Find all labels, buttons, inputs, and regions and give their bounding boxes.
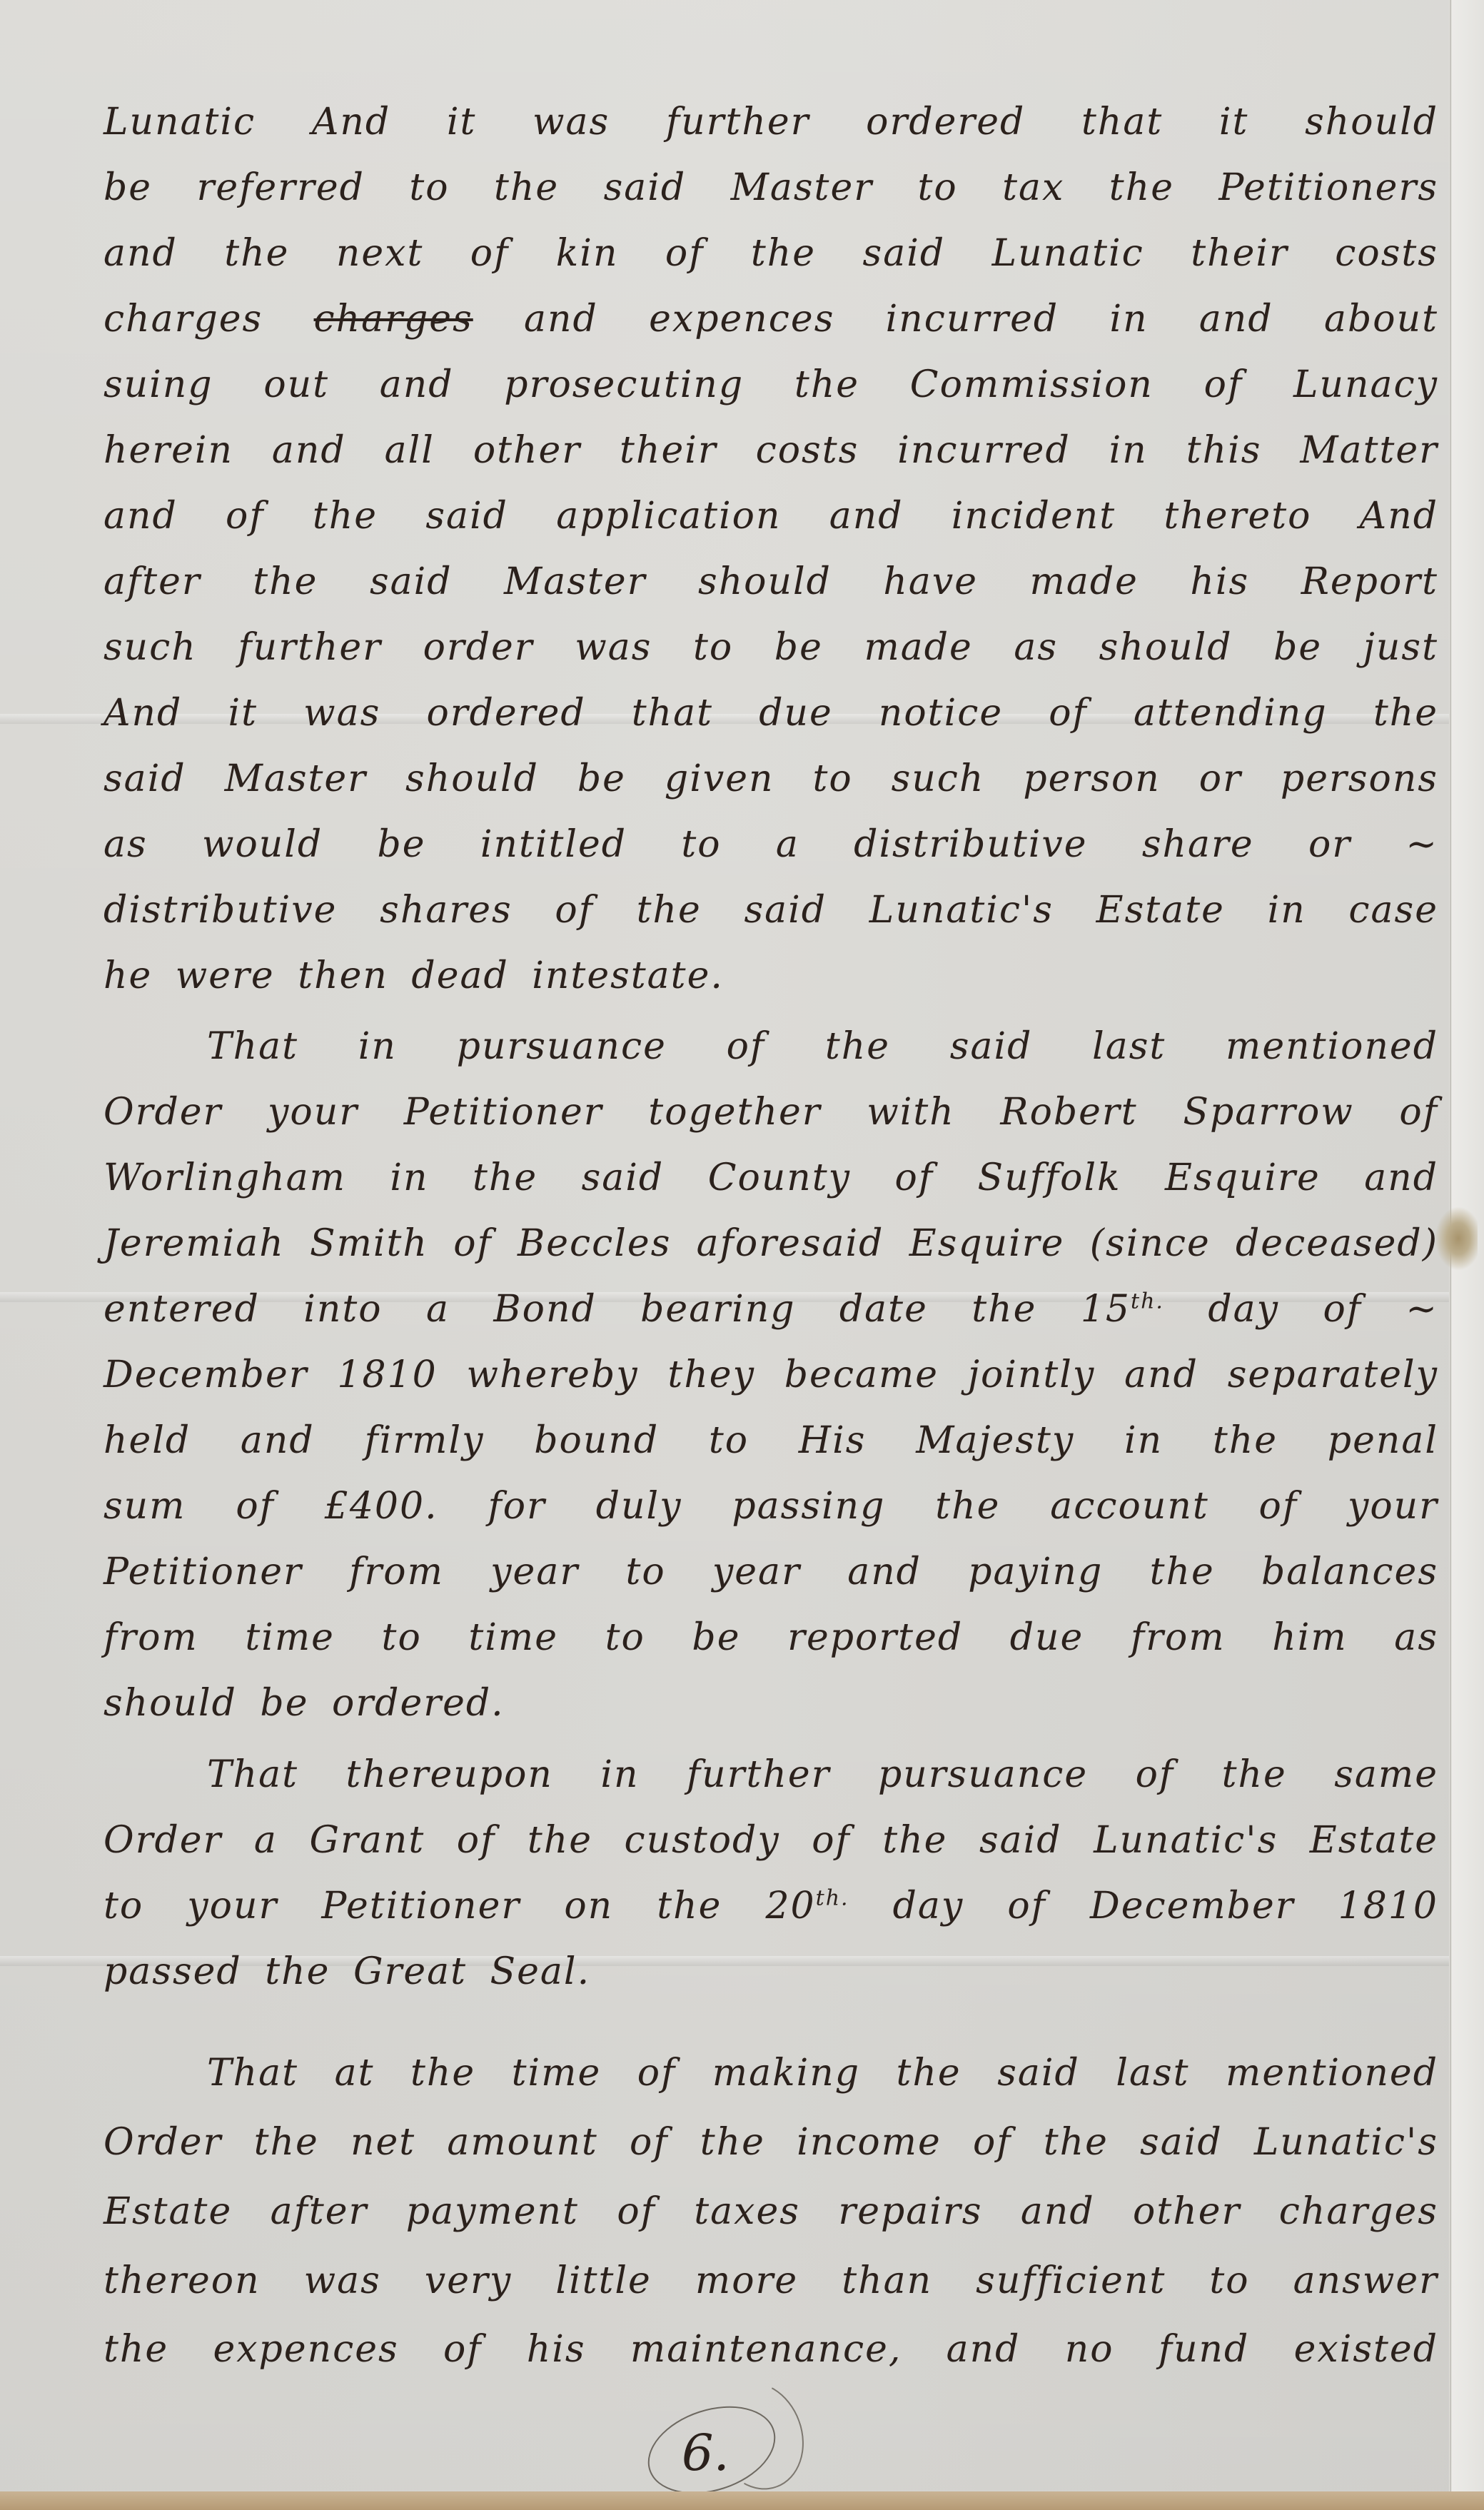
text-line: Jeremiah Smith of Beccles aforesaid Esqu… <box>104 1211 1438 1276</box>
ordinal-suffix: th. <box>1131 1289 1164 1314</box>
text-line-with-correction: charges charges and expences incurred in… <box>104 286 1438 352</box>
text-line: Petitioner from year to year and paying … <box>104 1539 1438 1605</box>
text: day of ~ <box>1164 1288 1438 1331</box>
text-line: herein and all other their costs incurre… <box>104 418 1438 483</box>
paragraph-start: That thereupon in further pursuance of t… <box>207 1742 1438 1808</box>
text-line: said Master should be given to such pers… <box>104 746 1438 812</box>
text: charges <box>104 298 314 341</box>
text-line: Order a Grant of the custody of the said… <box>104 1808 1438 1873</box>
text: and expences incurred in and about <box>473 298 1438 341</box>
text: day of December 1810 <box>849 1885 1438 1927</box>
text: entered into a Bond bearing date the 15 <box>104 1288 1131 1331</box>
text-line: Lunatic And it was further ordered that … <box>104 89 1438 155</box>
text-line: should be ordered. <box>104 1670 1438 1736</box>
text-line: And it was ordered that due notice of at… <box>104 680 1438 746</box>
binding-thread <box>1435 1206 1478 1271</box>
paragraph-start: That in pursuance of the said last menti… <box>207 1014 1438 1079</box>
text-line: Order the net amount of the income of th… <box>104 2110 1438 2175</box>
paragraph-start: That at the time of making the said last… <box>207 2040 1438 2106</box>
text-line: December 1810 whereby they became jointl… <box>104 1342 1438 1408</box>
text-line: sum of £400. for duly passing the accoun… <box>104 1473 1438 1539</box>
text-line: and the next of kin of the said Lunatic … <box>104 221 1438 286</box>
text-line: distributive shares of the said Lunatic'… <box>104 877 1438 943</box>
text-line: and of the said application and incident… <box>104 483 1438 549</box>
page-number: 6. <box>682 2424 730 2482</box>
text-line: such further order was to be made as sho… <box>104 615 1438 680</box>
text-line: he were then dead intestate. <box>104 943 1438 1009</box>
text-line: held and firmly bound to His Majesty in … <box>104 1408 1438 1473</box>
text-line: to your Petitioner on the 20th. day of D… <box>104 1873 1438 1939</box>
text-line: passed the Great Seal. <box>104 1939 1438 2005</box>
manuscript-page: Lunatic And it was further ordered that … <box>0 0 1468 2491</box>
struck-through-word: charges <box>314 298 473 341</box>
text-line: the expences of his maintenance, and no … <box>104 2317 1438 2382</box>
table-surface <box>0 2491 1484 2510</box>
text-line: suing out and prosecuting the Commission… <box>104 352 1438 418</box>
text-line: after the said Master should have made h… <box>104 549 1438 615</box>
text-line: be referred to the said Master to tax th… <box>104 155 1438 221</box>
text-line: thereon was very little more than suffic… <box>104 2248 1438 2314</box>
ordinal-suffix: th. <box>816 1886 849 1911</box>
text-line: as would be intitled to a distributive s… <box>104 812 1438 877</box>
text-line: Estate after payment of taxes repairs an… <box>104 2179 1438 2244</box>
text-line: Worlingham in the said County of Suffolk… <box>104 1145 1438 1211</box>
text-line: entered into a Bond bearing date the 15t… <box>104 1276 1438 1342</box>
text-line: from time to time to be reported due fro… <box>104 1605 1438 1670</box>
text: to your Petitioner on the 20 <box>104 1885 816 1927</box>
text-line: Order your Petitioner together with Robe… <box>104 1079 1438 1145</box>
